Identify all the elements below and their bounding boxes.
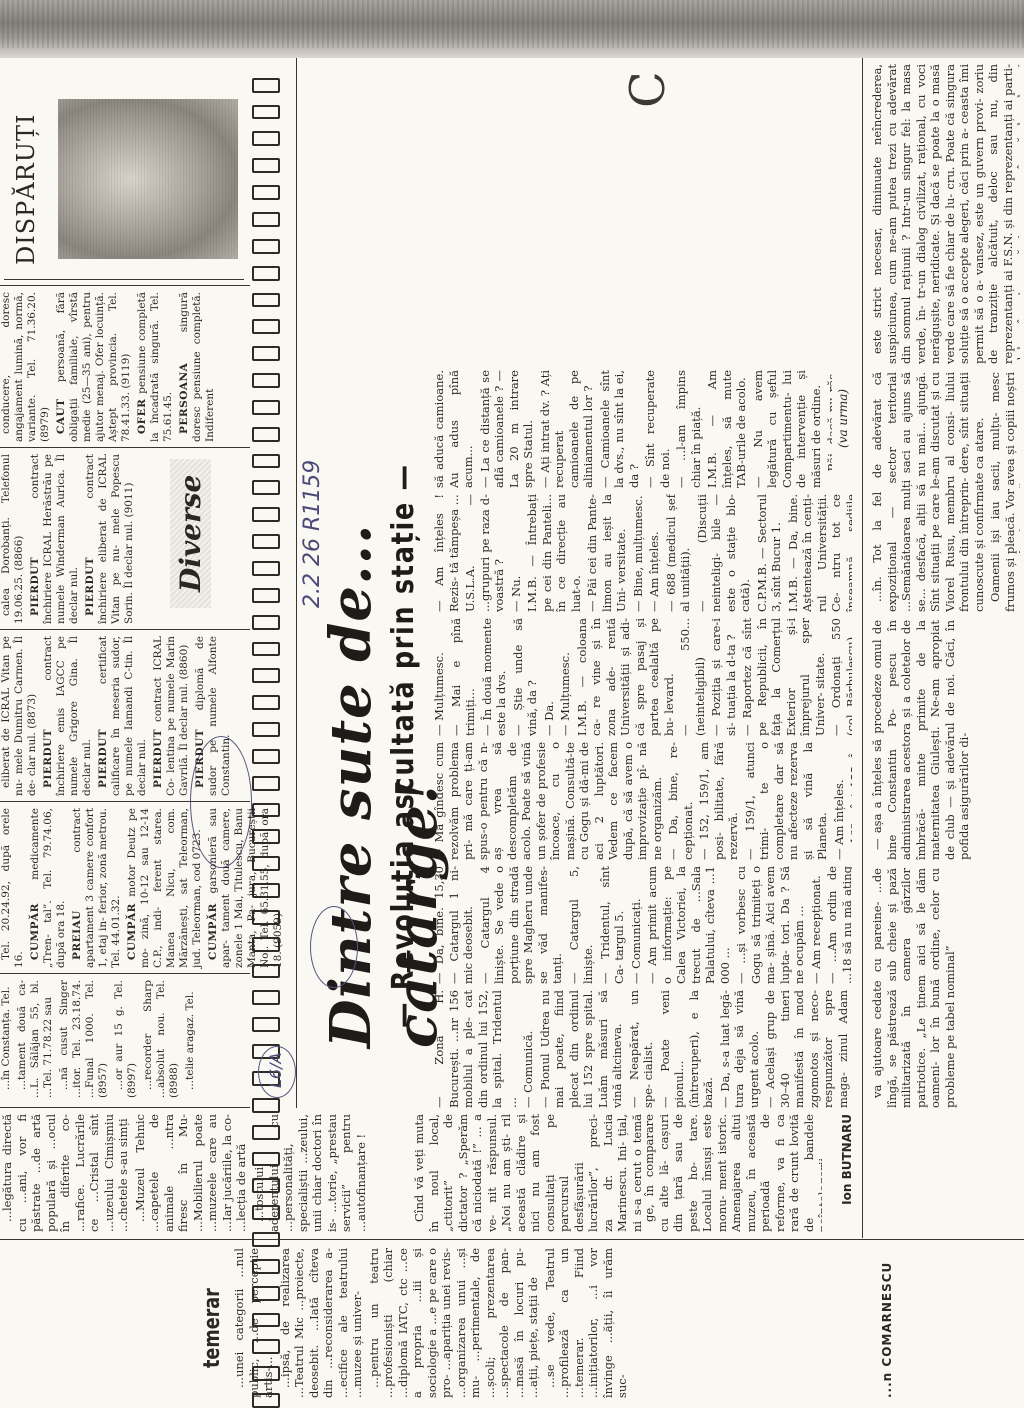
- dialog-line: I.M.B. — Întrebați pe cei din Panteli...…: [525, 494, 583, 612]
- dialog-line: — Mai e pînă trimiți...: [449, 618, 478, 736]
- classified-ad: PIERDUT contract închiriere ICRAL Herăst…: [29, 454, 81, 624]
- dialog-line: — Bine, mulțumesc.: [631, 494, 646, 612]
- classified-ad: PIERDUT contract închiriere emis IAGCC p…: [42, 636, 94, 796]
- classifieds-col-5: conducere, doresc angajament lumină, nor…: [0, 292, 245, 442]
- ink-circle: [258, 1046, 296, 1098]
- dialog-line: U.S.L.A. — ...grupuri pe raza d-voastră …: [463, 494, 507, 612]
- ad-text: conducere, doresc angajament lumină, nor…: [0, 292, 51, 442]
- museum-col-4: ge, în comparare cu alte lă- cașuri din …: [642, 1114, 822, 1232]
- dialog-line: — 159/1, atunci trimi- te o completare d…: [743, 742, 830, 860]
- ad-lead: PIERDUT: [29, 557, 41, 616]
- drop-cap-c: C: [620, 71, 676, 108]
- classified-ad: calea Dorobanți. Telefonul 19.06.25. (88…: [0, 454, 26, 624]
- top-article-col-4: este strict necesar, diminuate neîncrede…: [870, 64, 1020, 364]
- dialog-line: C.P.M.B. — Sectorul 3, sînt Bucur 1.: [755, 494, 784, 612]
- byline-ion-butnaru: Ion BUTNARU: [840, 1114, 854, 1232]
- missing-persons-title: DISPĂRUȚI: [12, 114, 40, 265]
- dialog-line: să aducă camioane. Au adus pînă acum...: [432, 370, 476, 488]
- classified-ad: PERSOANA singură doresc pensiune complet…: [178, 292, 217, 442]
- dialog-column-5: — Am înțeles ! Rezis- tă tămpeșa ... U.S…: [432, 494, 852, 612]
- dialog-line: — ...l-am împins chiar în piață.: [674, 370, 703, 488]
- dialog-line: — La ce distanță se află camioanele ? — …: [478, 370, 536, 488]
- dialog-line: — Păi cei din Pante- limon au ieșit la U…: [585, 494, 629, 612]
- dialog-line: — Da, bine, re- cepționat.: [666, 742, 695, 860]
- dialog-line: — Nu avem legătură cu șeful Compartiment…: [751, 370, 824, 488]
- ad-text: ...în Constanța. Tel.: [0, 987, 12, 1090]
- ink-circle: [310, 906, 358, 988]
- dialog-line: — Pionul Udrea nu mai poate, fiind pleca…: [538, 990, 625, 1108]
- paragraph: Oamenii iși iau sacii, mulțu- mesc frumo…: [988, 372, 1020, 612]
- classified-ad: ...telie aragaz. Tel.: [184, 980, 197, 1098]
- ad-text: eliberat de ICRAL Vitan pe nu- mele Dumi…: [0, 636, 38, 796]
- top-article-col-3: ...în. Tot la fel de adevărat că expoziț…: [870, 372, 1020, 612]
- dialog-line: — Știe unde să vină, da ?: [511, 618, 540, 736]
- classified-ad: PIERDUT diplomă de sudor pe numele Alfon…: [194, 636, 233, 796]
- paragraph: Cînd vă veți muta în noul local, „ctitor…: [412, 1114, 642, 1232]
- column-divider: [0, 447, 250, 448]
- dialog-line: — Zona H. București. ...nr 156 mobilul a…: [432, 990, 519, 1108]
- ad-lead: CUMPĂR: [207, 903, 219, 960]
- newspaper-page: temerar ...unei categorii ...nul public,…: [0, 0, 1024, 1408]
- continuation-note: (va urma): [836, 389, 850, 448]
- dialog-column-2: — Da, bine. 15,30 — Catargul 1 ni- mic d…: [432, 866, 852, 984]
- dialog-line: — Păi, dacă nu răs- punde, să-i trimitem…: [825, 370, 832, 488]
- dialog-line: — Poziția și care-i si- tuația la d-ta ?: [709, 618, 738, 736]
- dialog-line: I.M.B. — Am înțeles, să mute TAB-urile d…: [705, 370, 749, 488]
- classified-ad: PREIAU contract apartament 3 camere conf…: [71, 808, 123, 968]
- dialog-line: — Mulțumesc.: [432, 618, 447, 736]
- dialog-line: — Am înțeles.: [832, 742, 847, 860]
- missing-person-photo: [58, 99, 238, 259]
- dialog-line: — Da.: [542, 618, 557, 736]
- paragraph: este strict necesar, diminuate neîncrede…: [870, 64, 1020, 364]
- ad-lead: CUMPĂR: [29, 903, 41, 960]
- classified-ad: PIERDUT certificat calificare în meseria…: [97, 636, 149, 796]
- classified-ad: eliberat de ICRAL Vitan pe nu- mele Dumi…: [0, 636, 39, 796]
- dialog-line: — Același grup de 30–40 tineri manifestă…: [763, 990, 852, 1108]
- dialog-line: — Am recepționat.: [809, 866, 824, 984]
- dialog-line: — Am înțeles.: [647, 494, 662, 612]
- paragraph: ...pentru un teatru ...profesioniști (ch…: [367, 1248, 541, 1398]
- paragraph: ...se vede, Teatrul ...profilează ca un …: [543, 1248, 630, 1398]
- classifieds-col-2: Tel. 20.24.92, după orele 16. CUMPĂR med…: [0, 808, 245, 968]
- classified-ad: CAUT persoană, fără obligații familiale,…: [55, 292, 133, 442]
- classified-ad: CUMPĂR medicamente „Tren- tal”. Tel. 79.…: [29, 808, 68, 968]
- dialog-line: — Catargul 5, liniște.: [567, 866, 596, 984]
- classified-ad: CUMPĂR garsonieră sau apar- tament două …: [207, 808, 285, 968]
- paragraph: ...legătura directă cu ...ani, vor fi pă…: [0, 1114, 131, 1232]
- ad-lead: CUMPĂR: [126, 903, 138, 960]
- top-article-col-2: — așa a înțeles să procedeze omul de bin…: [870, 620, 1020, 860]
- column-divider: [0, 1107, 250, 1108]
- ad-lead: PIERDUT: [152, 729, 164, 788]
- classified-ad: PIERDUT contract ICRAL Co- lentina pe nu…: [152, 636, 191, 796]
- dialog-column-3: — Mă gîndesc cum rezolvăm problema pri- …: [432, 742, 852, 860]
- column-divider: [0, 973, 250, 974]
- classifieds-col-1: ...în Constanța. Tel. ...tament două ca-…: [0, 980, 245, 1098]
- ad-lead: PIERDUT: [42, 729, 54, 788]
- dialog-line: — Raportez că sînt pe Republicii, în faț…: [740, 618, 827, 736]
- dialog-line: — Da, s-a luat legă- tura deja să vină u…: [718, 990, 762, 1108]
- author-comarnescu: ...n COMARNESCU: [880, 1248, 894, 1398]
- paragraph: ...în. Tot la fel de adevărat că expoziț…: [870, 372, 986, 612]
- dialog-line: — Mulțumesc.: [558, 618, 573, 736]
- dialog-line: — Mă gîndesc cum rezolvăm problema pri- …: [432, 742, 664, 860]
- dialog-line: — 550... (neinteligibil): [678, 618, 707, 736]
- classified-ad: ...or aur 15 g. Tel. (8997): [113, 980, 139, 1098]
- dialog-line: — Ordonați 550 (col. Bărbulescu).: [829, 618, 852, 736]
- dialog-column-4: — Mulțumesc. — Mai e pînă trimiți... — Î…: [432, 618, 852, 736]
- ad-text: calea Dorobanți. Telefonul 19.06.25. (88…: [0, 454, 25, 624]
- dialog-line: — Catargul 4 liniște. Se vede o porțiune…: [478, 866, 565, 984]
- dialog-line: — Da, bine. 15,30 — Catargul 1 ni- mic d…: [432, 866, 476, 984]
- dialog-line: — Comunică.: [521, 990, 536, 1108]
- section-divider: [862, 58, 863, 1238]
- ad-text: ...recorder Sharp ...absolut nou. Tel. (…: [142, 980, 180, 1098]
- dialog-line: — În două momente este la dvs.: [480, 618, 509, 736]
- article-body-temerar: ...unei categorii ...nul public, ...de p…: [232, 1248, 872, 1398]
- ad-lead: CAUT: [55, 399, 67, 434]
- dialog-line: — Camioanele sînt la dvs., nu sînt la ei…: [598, 370, 642, 488]
- paragraph: ...ipsă, de realizarea ...Teatrul Mic ..…: [278, 1248, 365, 1398]
- dialog-line: — (Discuții neinteligi- bile — este o st…: [695, 494, 753, 612]
- dialog-column-6: să aducă camioane. Au adus pînă acum... …: [432, 370, 832, 488]
- section-label-diverse: Diverse: [170, 459, 211, 608]
- classified-ad: ...în Constanța. Tel.: [0, 980, 13, 1098]
- ad-lead: PIERDUT: [97, 729, 109, 788]
- column-divider: [0, 1239, 1024, 1240]
- dialog-line: — Tridentul, sînt Ca- targul 5.: [598, 866, 627, 984]
- ad-text: ...nă cusut Singer ...itor. Tel. 23.18.7…: [58, 980, 109, 1098]
- article-headline-temerar: temerar: [200, 1256, 225, 1368]
- dialog-line: — Poate veni pionul... (întreruperi), e …: [658, 990, 716, 1108]
- dialog-line: — 162, sînt 155. În- tr-un minut pleacă …: [848, 742, 852, 860]
- dialog-line: — Am înțeles ! Rezis- tă tămpeșa ...: [432, 494, 461, 612]
- column-divider: [0, 629, 250, 630]
- paragraph: ...Muzeul Tehnic ...capetele de animale …: [133, 1114, 249, 1232]
- top-article-col-1: va ajutoare cedate cu pareine- ...de lîn…: [870, 868, 1020, 1108]
- classifieds-col-3: eliberat de ICRAL Vitan pe nu- mele Dumi…: [0, 636, 245, 796]
- classified-ad: ...nă cusut Singer ...itor. Tel. 23.18.7…: [58, 980, 110, 1098]
- classified-ad: PIERDUT contract închiriere eliberat de …: [84, 454, 136, 624]
- classified-ad: Tel. 20.24.92, după orele 16.: [0, 808, 26, 968]
- paragraph: ge, în comparare cu alte lă- cașuri din …: [642, 1114, 822, 1232]
- paragraph: va ajutoare cedate cu pareine- ...de lîn…: [870, 868, 957, 1108]
- ad-lead: PIERDUT: [194, 729, 206, 788]
- dialog-line: — Am primit acum o informație: pe Calea …: [645, 866, 732, 984]
- classified-ad: ...recorder Sharp ...absolut nou. Tel. (…: [142, 980, 181, 1098]
- classifieds-separator-boxes: [252, 78, 280, 1408]
- ad-text: Tel. 20.24.92, după orele 16.: [0, 808, 25, 968]
- dialog-line: — Sînt recuperate de noi.: [643, 370, 672, 488]
- dialog-line: — ...Am ordin de ...18 să nu mă ating de…: [825, 866, 852, 984]
- classified-ad: OFER pensiune completă la încadrată sing…: [136, 292, 175, 442]
- dialog-column-1: — Zona H. București. ...nr 156 mobilul a…: [432, 990, 852, 1108]
- main-subheadline: — Revoluția ascultată prin stație —: [386, 416, 421, 1028]
- classified-ad: CUMPĂR motor Deutz pe mo- zină, 10-12 sa…: [126, 808, 204, 968]
- ad-lead: PERSOANA: [178, 363, 190, 434]
- missing-persons-box: DISPĂRUȚI: [4, 69, 244, 280]
- museum-col-1: ...legătura directă cu ...ani, vor fi pă…: [0, 1114, 250, 1232]
- ad-lead: PREIAU: [71, 910, 83, 960]
- classifieds-col-4: calea Dorobanți. Telefonul 19.06.25. (88…: [0, 454, 150, 624]
- classified-ad: ...tament două ca- ...L. Sălăjan 55, bl.…: [16, 980, 55, 1098]
- dialog-line: — Comunicați.: [629, 866, 644, 984]
- ad-text: ...or aur 15 g. Tel. (8997): [113, 980, 138, 1098]
- dialog-line: — Ați intrat dv. ? Ați recuperat camioan…: [538, 370, 596, 488]
- museum-col-3: Cînd vă veți muta în noul local, „ctitor…: [412, 1114, 642, 1232]
- section-divider: [296, 58, 297, 1108]
- dialog-line: I.M.B. — Da, bine. Aștentează în cenți- …: [786, 494, 853, 612]
- dialog-line: — 688 (medicul șef al unității).: [664, 494, 693, 612]
- dialog-line: — ...și vorbesc cu Gogu să trimiteți o m…: [734, 866, 807, 984]
- classified-ad: conducere, doresc angajament lumină, nor…: [0, 292, 52, 442]
- handwritten-note: 2.2 26 R1159: [300, 460, 325, 608]
- dialog-line: — Neapărat, un spe- cialist.: [627, 990, 656, 1108]
- dialog-line: — 152, 159/1, am posi- bilitate, fără re…: [697, 742, 741, 860]
- column-divider: [0, 285, 250, 286]
- ad-text: ...tament două ca- ...L. Sălăjan 55, bl.…: [16, 980, 54, 1098]
- paragraph: — așa a înțeles să procedeze omul de bin…: [870, 620, 972, 860]
- ad-text: ...telie aragaz. Tel.: [184, 991, 196, 1090]
- ad-lead: OFER: [136, 399, 148, 434]
- column-divider: [0, 801, 250, 802]
- scanner-noise: [0, 0, 1024, 48]
- dialog-line: I.M.B. — coloana ca- re vine și în zona …: [575, 618, 677, 736]
- dialog-line: — Nu.: [509, 494, 524, 612]
- ad-lead: PIERDUT: [84, 557, 96, 616]
